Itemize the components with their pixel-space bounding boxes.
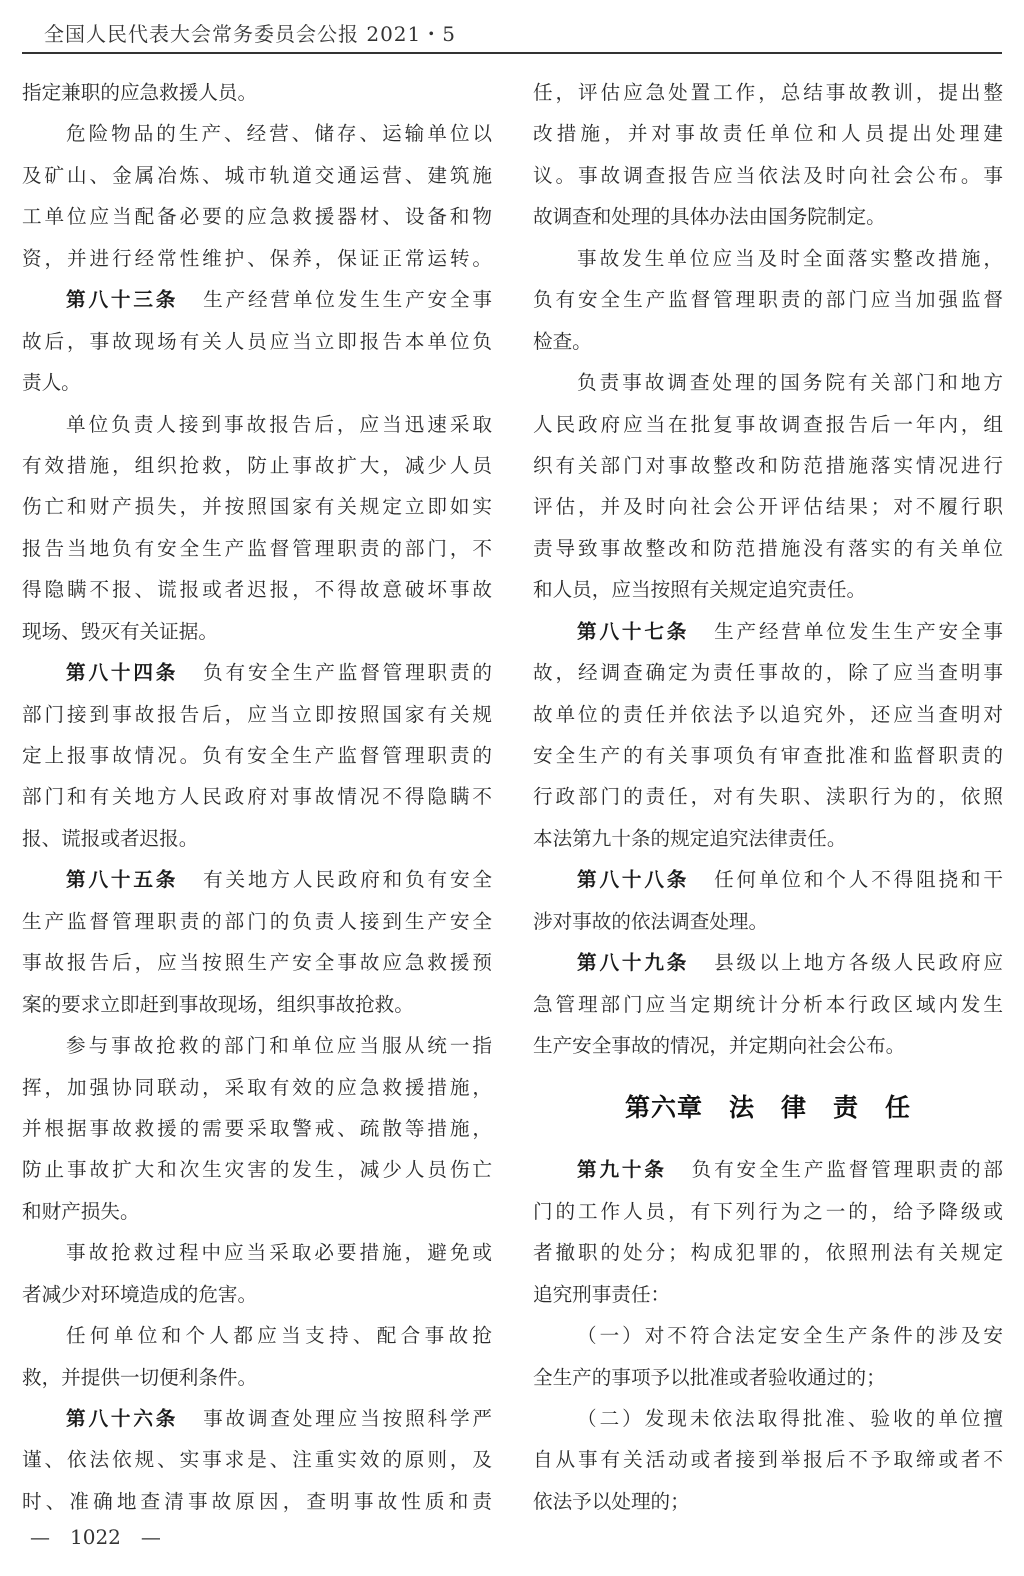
text-line: 挥，加强协同联动，采取有效的应急救援措施，: [22, 1067, 492, 1108]
text-line: 部门接到事故报告后，应当立即按照国家有关规: [22, 694, 492, 735]
article-line: 第八十七条生产经营单位发生生产安全事: [533, 611, 1003, 652]
text-line: 指定兼职的应急救援人员。: [22, 72, 492, 113]
article-number: 第八十六条: [66, 1407, 178, 1430]
line-text: 报、谎报或者迟报。: [22, 827, 198, 850]
text-line: 单位负责人接到事故报告后，应当迅速采取: [22, 404, 492, 445]
line-text: 故调查和处理的具体办法由国务院制定。: [533, 205, 886, 228]
line-text: 伤亡和财产损失，并按照国家有关规定立即如实: [22, 495, 492, 518]
text-line: 报告当地负有安全生产监督管理职责的部门，不: [22, 528, 492, 569]
line-text: 生产安全事故的情况，并定期向社会公布。: [533, 1034, 905, 1057]
text-line: 安全生产的有关事项负有审查批准和监督职责的: [533, 735, 1003, 776]
text-line: 人民政府应当在批复事故调查报告后一年内，组: [533, 404, 1003, 445]
text-line: 任，评估应急处置工作，总结事故教训，提出整: [533, 72, 1003, 113]
page-number: — 1022 —: [30, 1521, 161, 1550]
line-text: 故后，事故现场有关人员应当立即报告本单位负: [22, 330, 492, 353]
line-text: 全生产的事项予以批准或者验收通过的；: [533, 1366, 886, 1389]
text-line: 责人。: [22, 362, 492, 403]
line-text: 急管理部门应当定期统计分析本行政区域内发生: [533, 993, 1003, 1016]
text-line: 生产监督管理职责的部门的负责人接到生产安全: [22, 901, 492, 942]
article-line: 第八十九条县级以上地方各级人民政府应: [533, 942, 1003, 983]
text-line: 依法予以处理的；: [533, 1481, 1003, 1522]
text-line: 事故报告后，应当按照生产安全事故应急救援预: [22, 942, 492, 983]
line-text: 生产经营单位发生生产安全事: [200, 288, 492, 311]
line-text: 自从事有关活动或者接到举报后不予取缔或者不: [533, 1448, 1003, 1471]
text-line: 案的要求立即赶到事故现场，组织事故抢救。: [22, 984, 492, 1025]
text-line: 现场、毁灭有关证据。: [22, 611, 492, 652]
left-column: 指定兼职的应急救援人员。危险物品的生产、经营、储存、运输单位以及矿山、金属冶炼、…: [22, 72, 492, 1522]
text-line: 和人员，应当按照有关规定追究责任。: [533, 569, 1003, 610]
text-line: 追究刑事责任：: [533, 1274, 1003, 1315]
article-number: 第八十四条: [66, 661, 178, 684]
line-text: 报告当地负有安全生产监督管理职责的部门，不: [22, 537, 492, 560]
text-line: 门的工作人员，有下列行为之一的，给予降级或: [533, 1191, 1003, 1232]
text-line: 自从事有关活动或者接到举报后不予取缔或者不: [533, 1439, 1003, 1480]
line-text: 事故发生单位应当及时全面落实整改措施，: [577, 247, 1003, 270]
text-line: 急管理部门应当定期统计分析本行政区域内发生: [533, 984, 1003, 1025]
line-text: 部门接到事故报告后，应当立即按照国家有关规: [22, 703, 492, 726]
line-text: 安全生产的有关事项负有审查批准和监督职责的: [533, 744, 1003, 767]
line-text: 负责事故调查处理的国务院有关部门和地方: [577, 371, 1003, 394]
line-text: 时、准确地查清事故原因，查明事故性质和责: [22, 1490, 492, 1513]
text-line: 事故抢救过程中应当采取必要措施，避免或: [22, 1232, 492, 1273]
line-text: 并根据事故救援的需要采取警戒、疏散等措施，: [22, 1117, 492, 1140]
line-text: 评估，并及时向社会公开评估结果；对不履行职: [533, 495, 1003, 518]
text-line: 者撤职的处分；构成犯罪的，依照刑法有关规定: [533, 1232, 1003, 1273]
line-text: 及矿山、金属冶炼、城市轨道交通运营、建筑施: [22, 164, 492, 187]
publication-header: 全国人民代表大会常务委员会公报 2021・5: [44, 18, 456, 47]
article-line: 第九十条负有安全生产监督管理职责的部: [533, 1149, 1003, 1190]
article-line: 第八十六条事故调查处理应当按照科学严: [22, 1398, 492, 1439]
line-text: 故单位的责任并依法予以追究外，还应当查明对: [533, 703, 1003, 726]
line-text: 得隐瞒不报、谎报或者迟报，不得故意破坏事故: [22, 578, 492, 601]
text-line: 故后，事故现场有关人员应当立即报告本单位负: [22, 321, 492, 362]
line-text: 行政部门的责任，对有失职、渎职行为的，依照: [533, 785, 1003, 808]
line-text: 改措施，并对事故责任单位和人员提出处理建: [533, 122, 1003, 145]
article-number: 第八十八条: [577, 868, 689, 891]
line-text: 单位负责人接到事故报告后，应当迅速采取: [66, 413, 492, 436]
line-text: 部门和有关地方人民政府对事故情况不得隐瞒不: [22, 785, 492, 808]
text-line: 伤亡和财产损失，并按照国家有关规定立即如实: [22, 486, 492, 527]
text-line: 检查。: [533, 321, 1003, 362]
line-text: 故，经调查确定为责任事故的，除了应当查明事: [533, 661, 1003, 684]
text-line: 负有安全生产监督管理职责的部门应当加强监督: [533, 279, 1003, 320]
article-number: 第八十七条: [577, 620, 689, 643]
line-text: 门的工作人员，有下列行为之一的，给予降级或: [533, 1200, 1003, 1223]
article-line: 第八十三条生产经营单位发生生产安全事: [22, 279, 492, 320]
text-line: 故，经调查确定为责任事故的，除了应当查明事: [533, 652, 1003, 693]
text-line: 故调查和处理的具体办法由国务院制定。: [533, 196, 1003, 237]
line-text: 和人员，应当按照有关规定追究责任。: [533, 578, 866, 601]
line-text: 定上报事故情况。负有安全生产监督管理职责的: [22, 744, 492, 767]
line-text: 任，评估应急处置工作，总结事故教训，提出整: [533, 81, 1003, 104]
text-line: 部门和有关地方人民政府对事故情况不得隐瞒不: [22, 776, 492, 817]
line-text: 负有安全生产监督管理职责的部: [689, 1158, 1003, 1181]
line-text: 事故调查处理应当按照科学严: [200, 1407, 492, 1430]
line-text: 有效措施，组织抢救，防止事故扩大，减少人员: [22, 454, 492, 477]
text-line: 有效措施，组织抢救，防止事故扩大，减少人员: [22, 445, 492, 486]
text-line: （二）发现未依法取得批准、验收的单位擅: [533, 1398, 1003, 1439]
article-line: 第八十五条有关地方人民政府和负有安全: [22, 859, 492, 900]
text-line: 改措施，并对事故责任单位和人员提出处理建: [533, 113, 1003, 154]
line-text: 者撤职的处分；构成犯罪的，依照刑法有关规定: [533, 1241, 1003, 1264]
line-text: 有关地方人民政府和负有安全: [200, 868, 492, 891]
line-text: 现场、毁灭有关证据。: [22, 620, 218, 643]
text-line: 救，并提供一切便利条件。: [22, 1357, 492, 1398]
text-line: 评估，并及时向社会公开评估结果；对不履行职: [533, 486, 1003, 527]
article-number: 第八十九条: [577, 951, 689, 974]
line-text: 参与事故抢救的部门和单位应当服从统一指: [66, 1034, 492, 1057]
text-line: 定上报事故情况。负有安全生产监督管理职责的: [22, 735, 492, 776]
line-text: （一）对不符合法定安全生产条件的涉及安: [577, 1324, 1003, 1347]
text-line: 生产安全事故的情况，并定期向社会公布。: [533, 1025, 1003, 1066]
article-number: 第八十三条: [66, 288, 178, 311]
text-line: 危险物品的生产、经营、储存、运输单位以: [22, 113, 492, 154]
line-text: 任何单位和个人不得阻挠和干: [711, 868, 1003, 891]
text-line: 故单位的责任并依法予以追究外，还应当查明对: [533, 694, 1003, 735]
text-line: 全生产的事项予以批准或者验收通过的；: [533, 1357, 1003, 1398]
line-text: 谨、依法依规、实事求是、注重实效的原则，及: [22, 1448, 492, 1471]
text-line: 者减少对环境造成的危害。: [22, 1274, 492, 1315]
line-text: 县级以上地方各级人民政府应: [711, 951, 1003, 974]
line-text: 救，并提供一切便利条件。: [22, 1366, 257, 1389]
line-text: 指定兼职的应急救援人员。: [22, 81, 257, 104]
text-line: 和财产损失。: [22, 1191, 492, 1232]
text-line: 资，并进行经常性维护、保养，保证正常运转。: [22, 238, 492, 279]
chapter-heading: 第六章 法 律 责 任: [533, 1067, 1003, 1150]
text-line: （一）对不符合法定安全生产条件的涉及安: [533, 1315, 1003, 1356]
text-line: 参与事故抢救的部门和单位应当服从统一指: [22, 1025, 492, 1066]
line-text: 案的要求立即赶到事故现场，组织事故抢救。: [22, 993, 414, 1016]
line-text: 检查。: [533, 330, 592, 353]
line-text: 织有关部门对事故整改和防范措施落实情况进行: [533, 454, 1003, 477]
text-line: 负责事故调查处理的国务院有关部门和地方: [533, 362, 1003, 403]
line-text: 防止事故扩大和次生灾害的发生，减少人员伤亡: [22, 1158, 492, 1181]
line-text: 资，并进行经常性维护、保养，保证正常运转。: [22, 247, 492, 270]
header-divider: [22, 52, 1002, 54]
line-text: 议。事故调查报告应当依法及时向社会公布。事: [533, 164, 1003, 187]
line-text: 责导致事故整改和防范措施没有落实的有关单位: [533, 537, 1003, 560]
line-text: 负有安全生产监督管理职责的: [200, 661, 492, 684]
text-line: 本法第九十条的规定追究法律责任。: [533, 818, 1003, 859]
text-line: 织有关部门对事故整改和防范措施落实情况进行: [533, 445, 1003, 486]
text-line: 事故发生单位应当及时全面落实整改措施，: [533, 238, 1003, 279]
text-line: 并根据事故救援的需要采取警戒、疏散等措施，: [22, 1108, 492, 1149]
line-text: 本法第九十条的规定追究法律责任。: [533, 827, 847, 850]
text-line: 及矿山、金属冶炼、城市轨道交通运营、建筑施: [22, 155, 492, 196]
text-line: 责导致事故整改和防范措施没有落实的有关单位: [533, 528, 1003, 569]
line-text: 负有安全生产监督管理职责的部门应当加强监督: [533, 288, 1003, 311]
line-text: 工单位应当配备必要的应急救援器材、设备和物: [22, 205, 492, 228]
text-line: 谨、依法依规、实事求是、注重实效的原则，及: [22, 1439, 492, 1480]
article-number: 第八十五条: [66, 868, 178, 891]
article-line: 第八十八条任何单位和个人不得阻挠和干: [533, 859, 1003, 900]
line-text: 追究刑事责任：: [533, 1283, 670, 1306]
line-text: 事故报告后，应当按照生产安全事故应急救援预: [22, 951, 492, 974]
text-line: 报、谎报或者迟报。: [22, 818, 492, 859]
right-column: 任，评估应急处置工作，总结事故教训，提出整改措施，并对事故责任单位和人员提出处理…: [533, 72, 1003, 1522]
line-text: 者减少对环境造成的危害。: [22, 1283, 257, 1306]
line-text: 事故抢救过程中应当采取必要措施，避免或: [66, 1241, 492, 1264]
line-text: 挥，加强协同联动，采取有效的应急救援措施，: [22, 1076, 492, 1099]
line-text: （二）发现未依法取得批准、验收的单位擅: [577, 1407, 1003, 1430]
text-line: 防止事故扩大和次生灾害的发生，减少人员伤亡: [22, 1149, 492, 1190]
text-line: 行政部门的责任，对有失职、渎职行为的，依照: [533, 776, 1003, 817]
text-line: 任何单位和个人都应当支持、配合事故抢: [22, 1315, 492, 1356]
line-text: 和财产损失。: [22, 1200, 140, 1223]
text-line: 涉对事故的依法调查处理。: [533, 901, 1003, 942]
line-text: 涉对事故的依法调查处理。: [533, 910, 768, 933]
text-line: 工单位应当配备必要的应急救援器材、设备和物: [22, 196, 492, 237]
line-text: 人民政府应当在批复事故调查报告后一年内，组: [533, 413, 1003, 436]
line-text: 危险物品的生产、经营、储存、运输单位以: [66, 122, 492, 145]
line-text: 生产经营单位发生生产安全事: [711, 620, 1003, 643]
article-number: 第九十条: [577, 1158, 667, 1181]
text-line: 得隐瞒不报、谎报或者迟报，不得故意破坏事故: [22, 569, 492, 610]
line-text: 任何单位和个人都应当支持、配合事故抢: [66, 1324, 492, 1347]
text-line: 时、准确地查清事故原因，查明事故性质和责: [22, 1481, 492, 1522]
article-line: 第八十四条负有安全生产监督管理职责的: [22, 652, 492, 693]
line-text: 生产监督管理职责的部门的负责人接到生产安全: [22, 910, 492, 933]
text-line: 议。事故调查报告应当依法及时向社会公布。事: [533, 155, 1003, 196]
line-text: 依法予以处理的；: [533, 1490, 690, 1513]
line-text: 责人。: [22, 371, 81, 394]
